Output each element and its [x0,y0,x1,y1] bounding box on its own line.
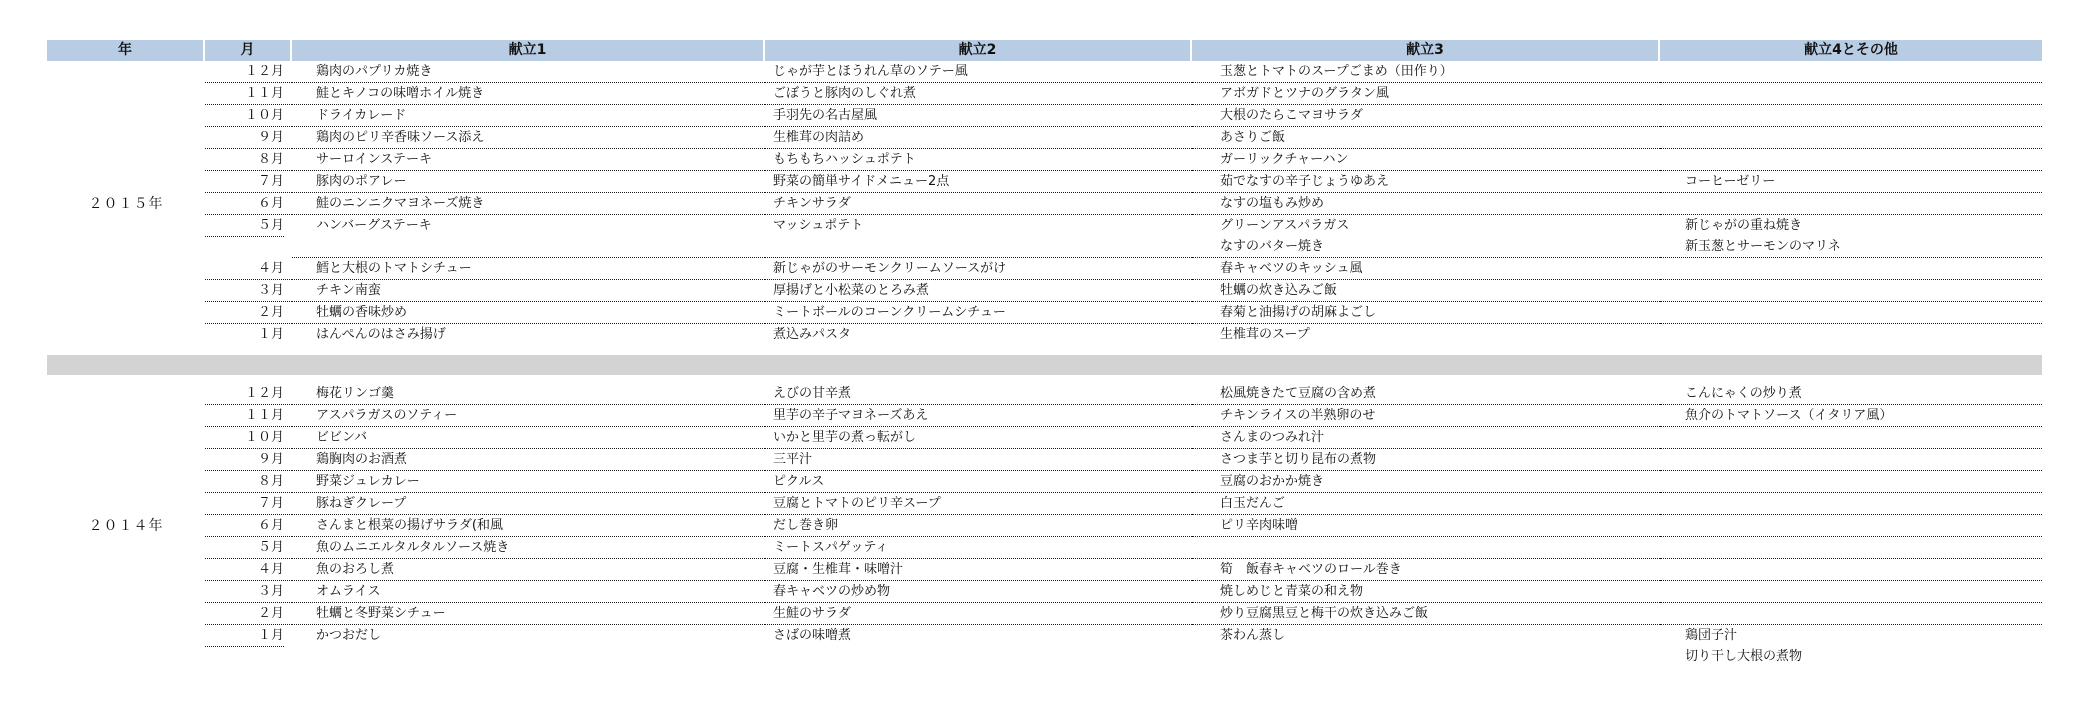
menu4-cell [1660,559,2042,581]
menu3-cell: なすの塩もみ炒め [1192,193,1660,215]
year-label-2014: ２０１４年 [47,515,205,535]
year-spacer-cell [47,383,205,405]
table-row: １１月鮭とキノコの味噌ホイル焼きごぼうと豚肉のしぐれ煮アボガドとツナのグラタン風 [47,83,2042,105]
menu4-cell [1660,83,2042,105]
table-row: １月はんぺんのはさみ揚げ煮込みパスタ生椎茸のスープ [47,324,2042,345]
year-spacer-cell [47,581,205,603]
month-cell: ６月 [205,193,292,215]
month-label: ９月 [205,127,284,148]
menu2-cell: 手羽先の名古屋風 [765,105,1192,127]
menu3-cell: 生椎茸のスープ [1192,324,1660,345]
table-row: １０月ドライカレード手羽先の名古屋風大根のたらこマヨサラダ [47,105,2042,127]
menu3-cell: 牡蠣の炊き込みご飯 [1192,280,1660,302]
menu4-cell: コーヒーゼリー [1660,171,2042,193]
month-label: １０月 [205,427,284,448]
month-label: ４月 [205,258,284,279]
year-spacer-cell [47,493,205,515]
year-spacer-cell [47,324,205,345]
year-spacer-cell [47,258,205,280]
menu2-cell: だし巻き卵 [765,515,1192,537]
year-spacer-cell [47,625,205,667]
table-row: １２月鶏肉のパプリカ焼きじゃが芋とほうれん草のソテー風玉葱とトマトのスープごまめ… [47,61,2042,83]
month-label: ８月 [205,471,284,492]
menu2-cell: 生鮭のサラダ [765,603,1192,625]
menu3-cell: 春キャベツのキッシュ風 [1192,258,1660,280]
menu4-cell [1660,581,2042,603]
year-spacer-cell [47,215,205,258]
menu2-cell: 新じゃがのサーモンクリームソースがけ [765,258,1192,280]
year-spacer-cell [47,471,205,493]
menu3-cell: 豆腐のおかか焼き [1192,471,1660,493]
menu3-cell: 大根のたらこマヨサラダ [1192,105,1660,127]
month-label: ５月 [205,215,284,237]
menu1-cell: 鮭のニンニクマヨネーズ焼き [292,193,765,215]
year-spacer-cell [47,405,205,427]
menu4-cell: こんにゃくの炒り煮 [1660,383,2042,405]
month-label: １２月 [205,61,284,82]
menu3-cell: 松風焼きたて豆腐の含め煮 [1192,383,1660,405]
month-cell: １２月 [205,61,292,83]
month-cell: ６月 [205,515,292,537]
table-row: ６月鮭のニンニクマヨネーズ焼きチキンサラダなすの塩もみ炒め [47,193,2042,215]
menu4-cell [1660,471,2042,493]
table-row: ５月ハンバーグステーキマッシュポテトグリーンアスパラガスなすのバター焼き新じゃが… [47,215,2042,258]
month-label: ５月 [205,537,284,558]
menu1-cell: 梅花リンゴ羹 [292,383,765,405]
menu4-line: 切り干し大根の煮物 [1685,646,2042,667]
table-row: ９月鶏肉のピリ辛香味ソース添え生椎茸の肉詰めあさりご飯 [47,127,2042,149]
table-header-row: 年 月 献立1 献立2 献立3 献立4とその他 [47,40,2042,61]
menu3-cell: グリーンアスパラガスなすのバター焼き [1192,215,1660,258]
year-spacer-cell [47,559,205,581]
table-row: ４月鱈と大根のトマトシチュー新じゃがのサーモンクリームソースがけ春キャベツのキッ… [47,258,2042,280]
month-label: ２月 [205,603,284,624]
menu2-cell: じゃが芋とほうれん草のソテー風 [765,61,1192,83]
month-cell: ４月 [205,559,292,581]
menu1-cell: さんまと根菜の揚げサラダ(和風 [292,515,765,537]
menu3-cell: 茶わん蒸し [1192,625,1660,667]
menu1-cell: 豚ねぎクレープ [292,493,765,515]
menu-table-page: 年 月 献立1 献立2 献立3 献立4とその他 ２０１５年 １２月鶏肉のパプリカ… [0,0,2087,714]
table-row: ７月豚肉のポアレー野菜の簡単サイドメニュー2点茹でなすの辛子じょうゆあえコーヒー… [47,171,2042,193]
menu1-cell: 野菜ジュレカレー [292,471,765,493]
menu1-cell: オムライス [292,581,765,603]
menu3-line: グリーンアスパラガス [1220,215,1660,236]
menu3-cell: さんまのつみれ汁 [1192,427,1660,449]
menu1-cell: 魚のおろし煮 [292,559,765,581]
menu4-cell [1660,105,2042,127]
menu4-cell [1660,427,2042,449]
menu3-cell: ピリ辛肉味噌 [1192,515,1660,537]
menu1-cell: 魚のムニエルタルタルソース焼き [292,537,765,559]
menu3-cell: 焼しめじと青菜の和え物 [1192,581,1660,603]
month-cell: １０月 [205,105,292,127]
menu2-cell: 厚揚げと小松菜のとろみ煮 [765,280,1192,302]
month-cell: １１月 [205,405,292,427]
year-spacer-cell [47,105,205,127]
menu3-line: なすのバター焼き [1220,236,1660,257]
menu2-cell: 煮込みパスタ [765,324,1192,345]
menu3-cell: 筍 飯春キャベツのロール巻き [1192,559,1660,581]
month-label: ９月 [205,449,284,470]
month-label: ６月 [205,193,284,214]
month-cell: ９月 [205,449,292,471]
menu2-cell: えびの甘辛煮 [765,383,1192,405]
month-label: ３月 [205,280,284,301]
month-label: ４月 [205,559,284,580]
header-menu2: 献立2 [765,40,1192,61]
table-row: ６月さんまと根菜の揚げサラダ(和風だし巻き卵ピリ辛肉味噌 [47,515,2042,537]
menu2-cell: ごぼうと豚肉のしぐれ煮 [765,83,1192,105]
month-label: ３月 [205,581,284,602]
menu3-cell: 玉葱とトマトのスープごまめ（田作り） [1192,61,1660,83]
table-row: １月かつおだしさばの味噌煮茶わん蒸し鶏団子汁切り干し大根の煮物 [47,625,2042,667]
table-row: １２月梅花リンゴ羹えびの甘辛煮松風焼きたて豆腐の含め煮こんにゃくの炒り煮 [47,383,2042,405]
table-row: ５月魚のムニエルタルタルソース焼きミートスパゲッティ [47,537,2042,559]
menu4-cell [1660,493,2042,515]
menu2-cell: 春キャベツの炒め物 [765,581,1192,603]
menu4-line: 鶏団子汁 [1685,625,2042,646]
menu2-cell: マッシュポテト [765,215,1192,258]
menu2-cell: ミートスパゲッティ [765,537,1192,559]
menu1-cell: 鱈と大根のトマトシチュー [292,258,765,280]
menu1-cell: ビビンバ [292,427,765,449]
rows-2015: １２月鶏肉のパプリカ焼きじゃが芋とほうれん草のソテー風玉葱とトマトのスープごまめ… [47,61,2042,345]
month-cell: ２月 [205,603,292,625]
menu1-cell: 牡蠣と冬野菜シチュー [292,603,765,625]
table-row: ９月鶏胸肉のお酒煮三平汁さつま芋と切り昆布の煮物 [47,449,2042,471]
menu1-cell: ハンバーグステーキ [292,215,765,258]
menu3-cell: さつま芋と切り昆布の煮物 [1192,449,1660,471]
menu4-line: 新じゃがの重ね焼き [1685,215,2042,236]
month-cell: ７月 [205,493,292,515]
menu2-cell: チキンサラダ [765,193,1192,215]
header-month: 月 [205,40,292,61]
menu1-cell: 牡蠣の香味炒め [292,302,765,324]
year-spacer-cell [47,149,205,171]
menu4-cell [1660,603,2042,625]
menu1-cell: チキン南蛮 [292,280,765,302]
year-spacer-cell [47,603,205,625]
menu1-cell: ドライカレード [292,105,765,127]
menu3-cell: アボガドとツナのグラタン風 [1192,83,1660,105]
year-spacer-cell [47,171,205,193]
month-cell: ３月 [205,280,292,302]
menu1-cell: 豚肉のポアレー [292,171,765,193]
menu1-cell: 鶏肉のパプリカ焼き [292,61,765,83]
menu2-cell: 生椎茸の肉詰め [765,127,1192,149]
menu4-cell [1660,61,2042,83]
month-cell: １１月 [205,83,292,105]
menu4-cell [1660,280,2042,302]
month-label: ６月 [205,515,284,536]
menu2-cell: 豆腐とトマトのピリ辛スープ [765,493,1192,515]
table-row: ４月魚のおろし煮豆腐・生椎茸・味噌汁筍 飯春キャベツのロール巻き [47,559,2042,581]
table-row: ８月サーロインステーキもちもちハッシュポテトガーリックチャーハン [47,149,2042,171]
header-year: 年 [47,40,205,61]
table-row: ２月牡蠣と冬野菜シチュー生鮭のサラダ炒り豆腐黒豆と梅干の炊き込みご飯 [47,603,2042,625]
menu1-cell: 鮭とキノコの味噌ホイル焼き [292,83,765,105]
menu3-cell: ガーリックチャーハン [1192,149,1660,171]
month-cell: ２月 [205,302,292,324]
menu4-cell [1660,149,2042,171]
menu2-cell: 三平汁 [765,449,1192,471]
month-label: １２月 [205,383,284,404]
year-spacer-cell [47,537,205,559]
menu3-cell [1192,537,1660,559]
month-label: １月 [205,625,284,647]
menu1-cell: はんぺんのはさみ揚げ [292,324,765,345]
month-label: ７月 [205,171,284,192]
header-menu4: 献立4とその他 [1660,40,2042,61]
month-cell: １０月 [205,427,292,449]
month-cell: ５月 [205,215,292,258]
menu1-cell: 鶏肉のピリ辛香味ソース添え [292,127,765,149]
menu2-cell: 野菜の簡単サイドメニュー2点 [765,171,1192,193]
menu2-cell: もちもちハッシュポテト [765,149,1192,171]
month-cell: ８月 [205,149,292,171]
menu4-cell [1660,193,2042,215]
year-spacer-cell [47,449,205,471]
menu4-cell [1660,449,2042,471]
menu-table: 年 月 献立1 献立2 献立3 献立4とその他 ２０１５年 １２月鶏肉のパプリカ… [47,40,2042,667]
table-row: １０月ビビンバいかと里芋の煮っ転がしさんまのつみれ汁 [47,427,2042,449]
month-label: １０月 [205,105,284,126]
month-cell: ３月 [205,581,292,603]
menu4-cell [1660,324,2042,345]
menu2-cell: 里芋の辛子マヨネーズあえ [765,405,1192,427]
month-cell: ５月 [205,537,292,559]
rows-2014: １２月梅花リンゴ羹えびの甘辛煮松風焼きたて豆腐の含め煮こんにゃくの炒り煮１１月ア… [47,383,2042,667]
month-cell: １月 [205,324,292,345]
menu1-cell: アスパラガスのソティー [292,405,765,427]
section-2014: ２０１４年 １２月梅花リンゴ羹えびの甘辛煮松風焼きたて豆腐の含め煮こんにゃくの炒… [47,383,2042,667]
month-label: １１月 [205,405,284,426]
table-row: ８月野菜ジュレカレーピクルス豆腐のおかか焼き [47,471,2042,493]
month-label: ２月 [205,302,284,323]
month-label: ８月 [205,149,284,170]
year-spacer-cell [47,280,205,302]
menu4-cell [1660,258,2042,280]
menu2-cell: ミートボールのコーンクリームシチュー [765,302,1192,324]
menu3-cell: 春菊と油揚げの胡麻よごし [1192,302,1660,324]
month-cell: ７月 [205,171,292,193]
menu1-cell: かつおだし [292,625,765,667]
month-cell: ９月 [205,127,292,149]
month-cell: １月 [205,625,292,667]
year-label-2015: ２０１５年 [47,193,205,213]
year-spacer-cell [47,427,205,449]
header-menu3: 献立3 [1192,40,1660,61]
menu3-cell: 白玉だんご [1192,493,1660,515]
year-spacer-cell [47,302,205,324]
menu4-cell [1660,537,2042,559]
menu3-cell: あさりご飯 [1192,127,1660,149]
menu4-cell: 新じゃがの重ね焼き新玉葱とサーモンのマリネ [1660,215,2042,258]
year-spacer-cell [47,61,205,83]
year-spacer-cell [47,83,205,105]
section-2015: ２０１５年 １２月鶏肉のパプリカ焼きじゃが芋とほうれん草のソテー風玉葱とトマトの… [47,61,2042,345]
header-menu1: 献立1 [292,40,765,61]
menu3-cell: 茹でなすの辛子じょうゆあえ [1192,171,1660,193]
month-cell: ４月 [205,258,292,280]
table-row: ３月チキン南蛮厚揚げと小松菜のとろみ煮牡蠣の炊き込みご飯 [47,280,2042,302]
menu2-cell: さばの味噌煮 [765,625,1192,667]
menu4-cell: 鶏団子汁切り干し大根の煮物 [1660,625,2042,667]
year-spacer-cell [47,127,205,149]
menu4-cell [1660,302,2042,324]
year-separator-band [47,355,2042,375]
month-label: ７月 [205,493,284,514]
menu1-cell: 鶏胸肉のお酒煮 [292,449,765,471]
menu3-cell: 炒り豆腐黒豆と梅干の炊き込みご飯 [1192,603,1660,625]
menu4-line: 新玉葱とサーモンのマリネ [1685,236,2042,257]
menu4-cell [1660,127,2042,149]
month-label: １月 [205,324,284,345]
menu4-cell [1660,515,2042,537]
menu1-cell: サーロインステーキ [292,149,765,171]
table-row: ２月牡蠣の香味炒めミートボールのコーンクリームシチュー春菊と油揚げの胡麻よごし [47,302,2042,324]
month-cell: ８月 [205,471,292,493]
table-row: ７月豚ねぎクレープ豆腐とトマトのピリ辛スープ白玉だんご [47,493,2042,515]
menu2-cell: ピクルス [765,471,1192,493]
table-row: １１月アスパラガスのソティー里芋の辛子マヨネーズあえチキンライスの半熟卵のせ魚介… [47,405,2042,427]
table-row: ３月オムライス春キャベツの炒め物焼しめじと青菜の和え物 [47,581,2042,603]
month-label: １１月 [205,83,284,104]
menu4-cell: 魚介のトマトソース（イタリア風） [1660,405,2042,427]
month-cell: １２月 [205,383,292,405]
menu3-cell: チキンライスの半熟卵のせ [1192,405,1660,427]
menu2-cell: いかと里芋の煮っ転がし [765,427,1192,449]
menu2-cell: 豆腐・生椎茸・味噌汁 [765,559,1192,581]
